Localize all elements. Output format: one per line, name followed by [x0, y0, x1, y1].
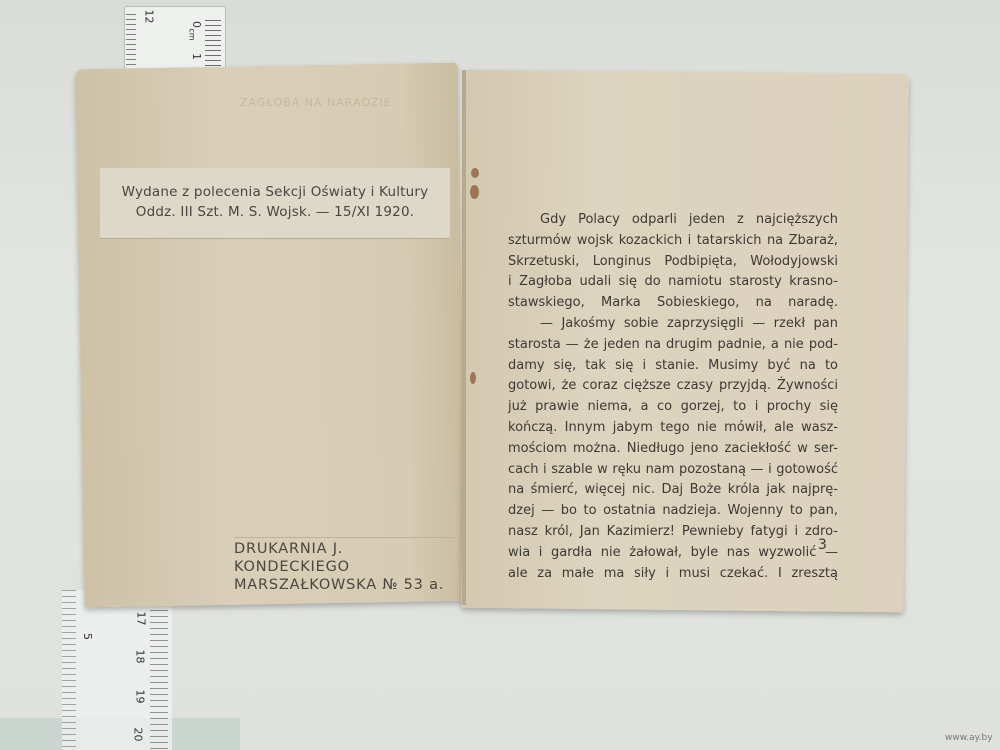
- text-line: nasz król, Jan Kazimierz! Pewnieby fatyg…: [508, 522, 838, 543]
- ruler-number: 1: [190, 53, 203, 60]
- ruler-number: 0: [190, 21, 203, 28]
- printer-imprint: DRUKARNIA J. KONDECKIEGO MARSZAŁKOWSKA №…: [234, 537, 454, 594]
- ruler-bottom-ticks: [150, 598, 168, 750]
- printer-line: DRUKARNIA J. KONDECKIEGO: [234, 540, 454, 576]
- text-line: szturmów wojsk kozackich i tatarskich na…: [508, 231, 838, 252]
- rust-stain: [470, 185, 479, 199]
- text-line: Skrzetuski, Longinus Podbipięta, Wołodyj…: [508, 252, 838, 273]
- text-line: i Zagłoba udali się do namiotu starosty …: [508, 272, 838, 293]
- text-line: starosta — że jeden na drugim padnie, a …: [508, 335, 838, 356]
- slip-line: Wydane z polecenia Sekcji Oświaty i Kult…: [115, 182, 435, 202]
- rust-stain: [471, 168, 479, 178]
- ruler-number: 17: [135, 612, 148, 626]
- booklet-spine: [462, 70, 466, 605]
- text-line: — Jakośmy sobie zaprzysięgli — rzekł pan: [508, 314, 838, 335]
- ruler-number: 5: [81, 633, 94, 640]
- text-line: mościom można. Niedługo jeno zaciekłość …: [508, 439, 838, 460]
- ruler-number: 20: [132, 728, 145, 742]
- text-line: ale za małe ma siły i musi czekać. I zre…: [508, 564, 838, 585]
- left-page: [75, 63, 466, 608]
- publication-note: Wydane z polecenia Sekcji Oświaty i Kult…: [115, 182, 435, 222]
- text-line: na śmierć, więcej nic. Daj Boże króla ja…: [508, 480, 838, 501]
- ruler-number: 19: [134, 690, 147, 704]
- text-line: wia i gardła nie żałował, byle nas wyzwo…: [508, 543, 838, 564]
- text-line: damy się, tak się i stanie. Musimy być n…: [508, 356, 838, 377]
- ruler-bottom-ticks-left: [62, 590, 76, 750]
- ruler-number: 12: [143, 10, 156, 24]
- rust-stain: [470, 372, 476, 384]
- text-line: cach i szable w ręku nam pozostaną — i g…: [508, 460, 838, 481]
- text-line: dzej — bo to ostatnia nadzieja. Wojenny …: [508, 501, 838, 522]
- text-line: Gdy Polacy odparli jeden z najcięższych: [508, 210, 838, 231]
- ruler-top-ticks-left: [126, 14, 136, 70]
- text-line: stawskiego, Marka Sobieskiego, na naradę…: [508, 293, 838, 314]
- ruler-number: 18: [134, 650, 147, 664]
- ruler-unit: cm: [188, 28, 197, 40]
- page-body-text: Gdy Polacy odparli jeden z najcięższychs…: [508, 210, 838, 584]
- printer-line: MARSZAŁKOWSKA № 53 a.: [234, 576, 454, 594]
- show-through-header: ZAGŁOBA NA NARADZIE: [240, 96, 392, 109]
- text-line: gotowi, że coraz cięższe czasy przyjdą. …: [508, 376, 838, 397]
- page-number: 3: [818, 537, 827, 553]
- slip-line: Oddz. III Szt. M. S. Wojsk. — 15/XI 1920…: [115, 202, 435, 222]
- text-line: kończą. Innym jabym tego nie mówił, ale …: [508, 418, 838, 439]
- watermark: www.ay.by: [945, 733, 993, 743]
- text-line: już prawie niema, a co gorzej, to i proc…: [508, 397, 838, 418]
